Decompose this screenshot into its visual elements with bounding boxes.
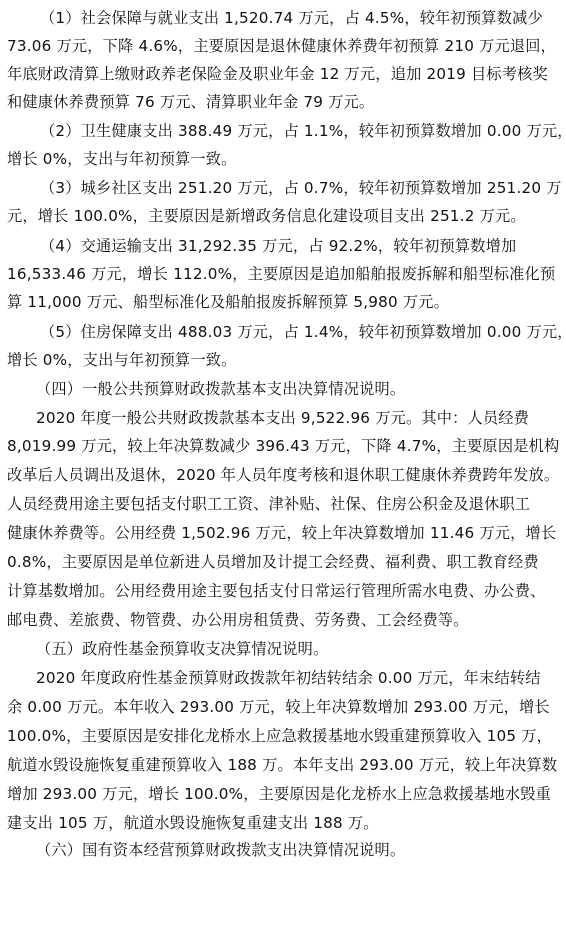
- section-heading-4: （四）一般公共预算财政拨款基本支出决算情况说明。: [36, 379, 405, 399]
- text-line: 健康休养费等。公用经费 1,502.96 万元，较上年决算数增加 11.46 万…: [7, 523, 556, 543]
- text-line: （5）住房保障支出 488.03 万元，占 1.4%，较年初预算数增加 0.00…: [40, 322, 566, 342]
- text-line: 0.8%，主要原因是单位新进人员增加及计提工会经费、福利费、职工教育经费: [7, 552, 539, 572]
- text-line: 2020 年度政府性基金预算财政拨款年初结转结余 0.00 万元，年末结转结: [36, 668, 541, 688]
- text-line: （4）交通运输支出 31,292.35 万元，占 92.2%，较年初预算数增加: [40, 236, 516, 256]
- text-line: 航道水毁设施恢复重建预算收入 188 万。本年支出 293.00 万元，较上年决…: [7, 755, 557, 775]
- text-line: 73.06 万元，下降 4.6%，主要原因是退休健康休养费年初预算 210 万元…: [7, 36, 556, 56]
- text-line: （2）卫生健康支出 388.49 万元，占 1.1%，较年初预算数增加 0.00…: [40, 121, 566, 141]
- text-line: （1）社会保障与就业支出 1,520.74 万元，占 4.5%，较年初预算数减少: [40, 8, 543, 28]
- text-line: 和健康休养费预算 76 万元、清算职业年金 79 万元。: [7, 92, 374, 112]
- text-line: （3）城乡社区支出 251.20 万元，占 0.7%，较年初预算数增加 251.…: [40, 178, 562, 198]
- text-line: 100.0%，主要原因是安排化龙桥水上应急救援基地水毁重建预算收入 105 万，: [7, 726, 552, 746]
- text-line: 改革后人员调出及退休，2020 年人员年度考核和退休职工健康休养费跨年发放。: [7, 465, 559, 485]
- text-line: 元，增长 100.0%，主要原因是新增政务信息化建设项目支出 251.2 万元。: [7, 206, 526, 226]
- text-line: 增长 0%，支出与年初预算一致。: [7, 149, 237, 169]
- text-line: 建支出 105 万，航道水毁设施恢复重建支出 188 万。: [7, 813, 379, 833]
- text-line: 邮电费、差旅费、物管费、办公用房租赁费、劳务费、工会经费等。: [7, 610, 469, 630]
- text-line: 2020 年度一般公共财政拨款基本支出 9,522.96 万元。其中：人员经费: [36, 408, 529, 428]
- text-line: 增长 0%，支出与年初预算一致。: [7, 350, 237, 370]
- text-line: 余 0.00 万元。本年收入 293.00 万元，较上年决算数增加 293.00…: [7, 697, 550, 717]
- text-line: 16,533.46 万元，增长 112.0%，主要原因是追加船舶报废拆解和船型标…: [7, 264, 555, 284]
- text-line: 年底财政清算上缴财政养老保险金及职业年金 12 万元，追加 2019 目标考核奖: [7, 64, 548, 84]
- text-line: 算 11,000 万元、船型标准化及船舶报废拆解预算 5,980 万元。: [7, 292, 449, 312]
- text-line: 人员经费用途主要包括支付职工工资、津补贴、社保、住房公积金及退休职工: [7, 494, 530, 514]
- text-line: 8,019.99 万元，较上年决算数减少 396.43 万元，下降 4.7%，主…: [7, 436, 559, 456]
- document-page: （1）社会保障与就业支出 1,520.74 万元，占 4.5%，较年初预算数减少…: [0, 0, 566, 927]
- text-line: 增加 293.00 万元，增长 100.0%，主要原因是化龙桥水上应急救援基地水…: [7, 784, 551, 804]
- section-heading-6: （六）国有资本经营预算财政拨款支出决算情况说明。: [36, 840, 405, 860]
- text-line: 计算基数增加。公用经费用途主要包括支付日常运行管理所需水电费、办公费、: [7, 581, 546, 601]
- section-heading-5: （五）政府性基金预算收支决算情况说明。: [36, 639, 328, 659]
